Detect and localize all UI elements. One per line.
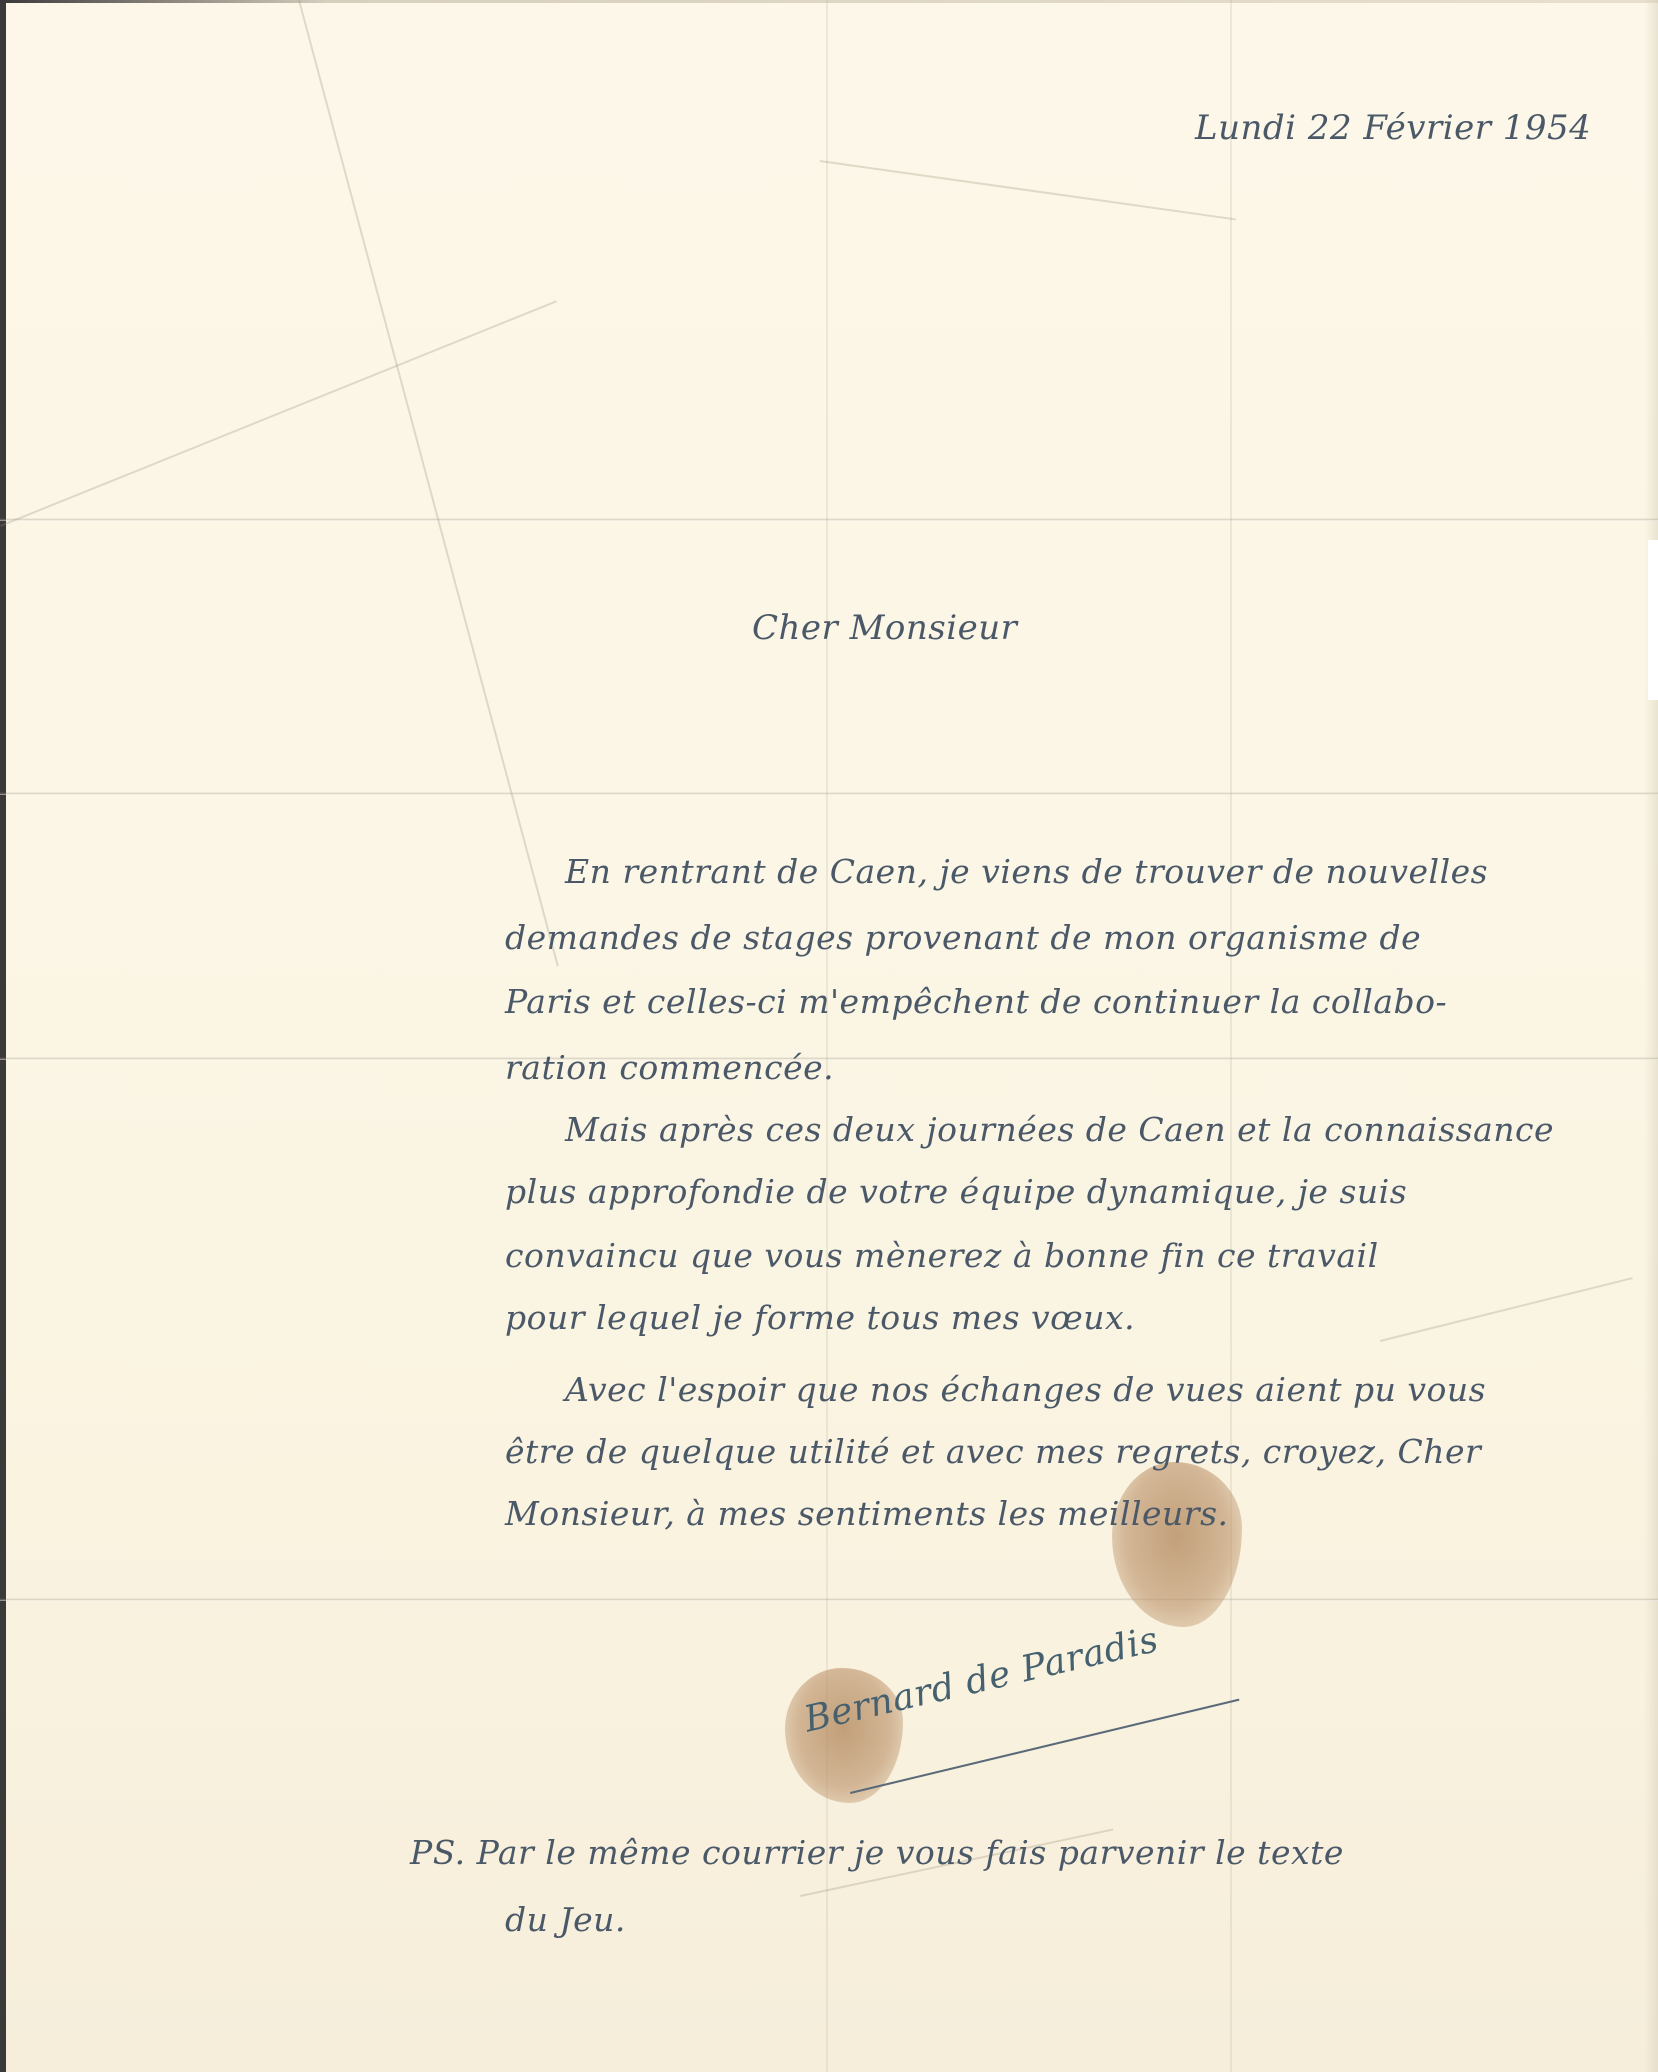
scan-left-border [0, 0, 6, 2072]
paper-crease [1380, 1277, 1633, 1342]
fold-line-vertical [1230, 0, 1232, 2072]
body-line: être de quelque utilité et avec mes regr… [505, 1432, 1481, 1471]
body-line: Avec l'espoir que nos échanges de vues a… [565, 1370, 1486, 1409]
letter-date: Lundi 22 Février 1954 [1195, 108, 1591, 148]
letter-page: Lundi 22 Février 1954 Cher Monsieur En r… [0, 0, 1658, 2072]
paper-tear-notch [1648, 540, 1658, 700]
paper-crease [0, 300, 557, 527]
fold-line [0, 518, 1658, 521]
postscript-line: du Jeu. [505, 1900, 626, 1939]
paper-right-edge [1644, 0, 1658, 2072]
paper-crease [820, 160, 1236, 220]
postscript-line: PS. Par le même courrier je vous fais pa… [410, 1833, 1344, 1872]
body-line: En rentrant de Caen, je viens de trouver… [565, 852, 1488, 891]
coffee-stain [1112, 1462, 1242, 1627]
fold-line [0, 792, 1658, 795]
body-line: convaincu que vous mènerez à bonne fin c… [505, 1236, 1379, 1275]
body-line: pour lequel je forme tous mes vœux. [505, 1298, 1135, 1337]
body-line: Monsieur, à mes sentiments les meilleurs… [505, 1494, 1229, 1533]
fold-line [0, 1598, 1658, 1601]
body-line: demandes de stages provenant de mon orga… [505, 918, 1421, 957]
body-line: plus approfondie de votre équipe dynamiq… [505, 1172, 1407, 1211]
body-line: Paris et celles-ci m'empêchent de contin… [505, 982, 1447, 1021]
body-line: Mais après ces deux journées de Caen et … [565, 1110, 1554, 1149]
body-line: ration commencée. [505, 1048, 834, 1087]
letter-salutation: Cher Monsieur [752, 608, 1017, 648]
paper-crease [298, 0, 559, 966]
paper-top-edge [0, 0, 1658, 3]
